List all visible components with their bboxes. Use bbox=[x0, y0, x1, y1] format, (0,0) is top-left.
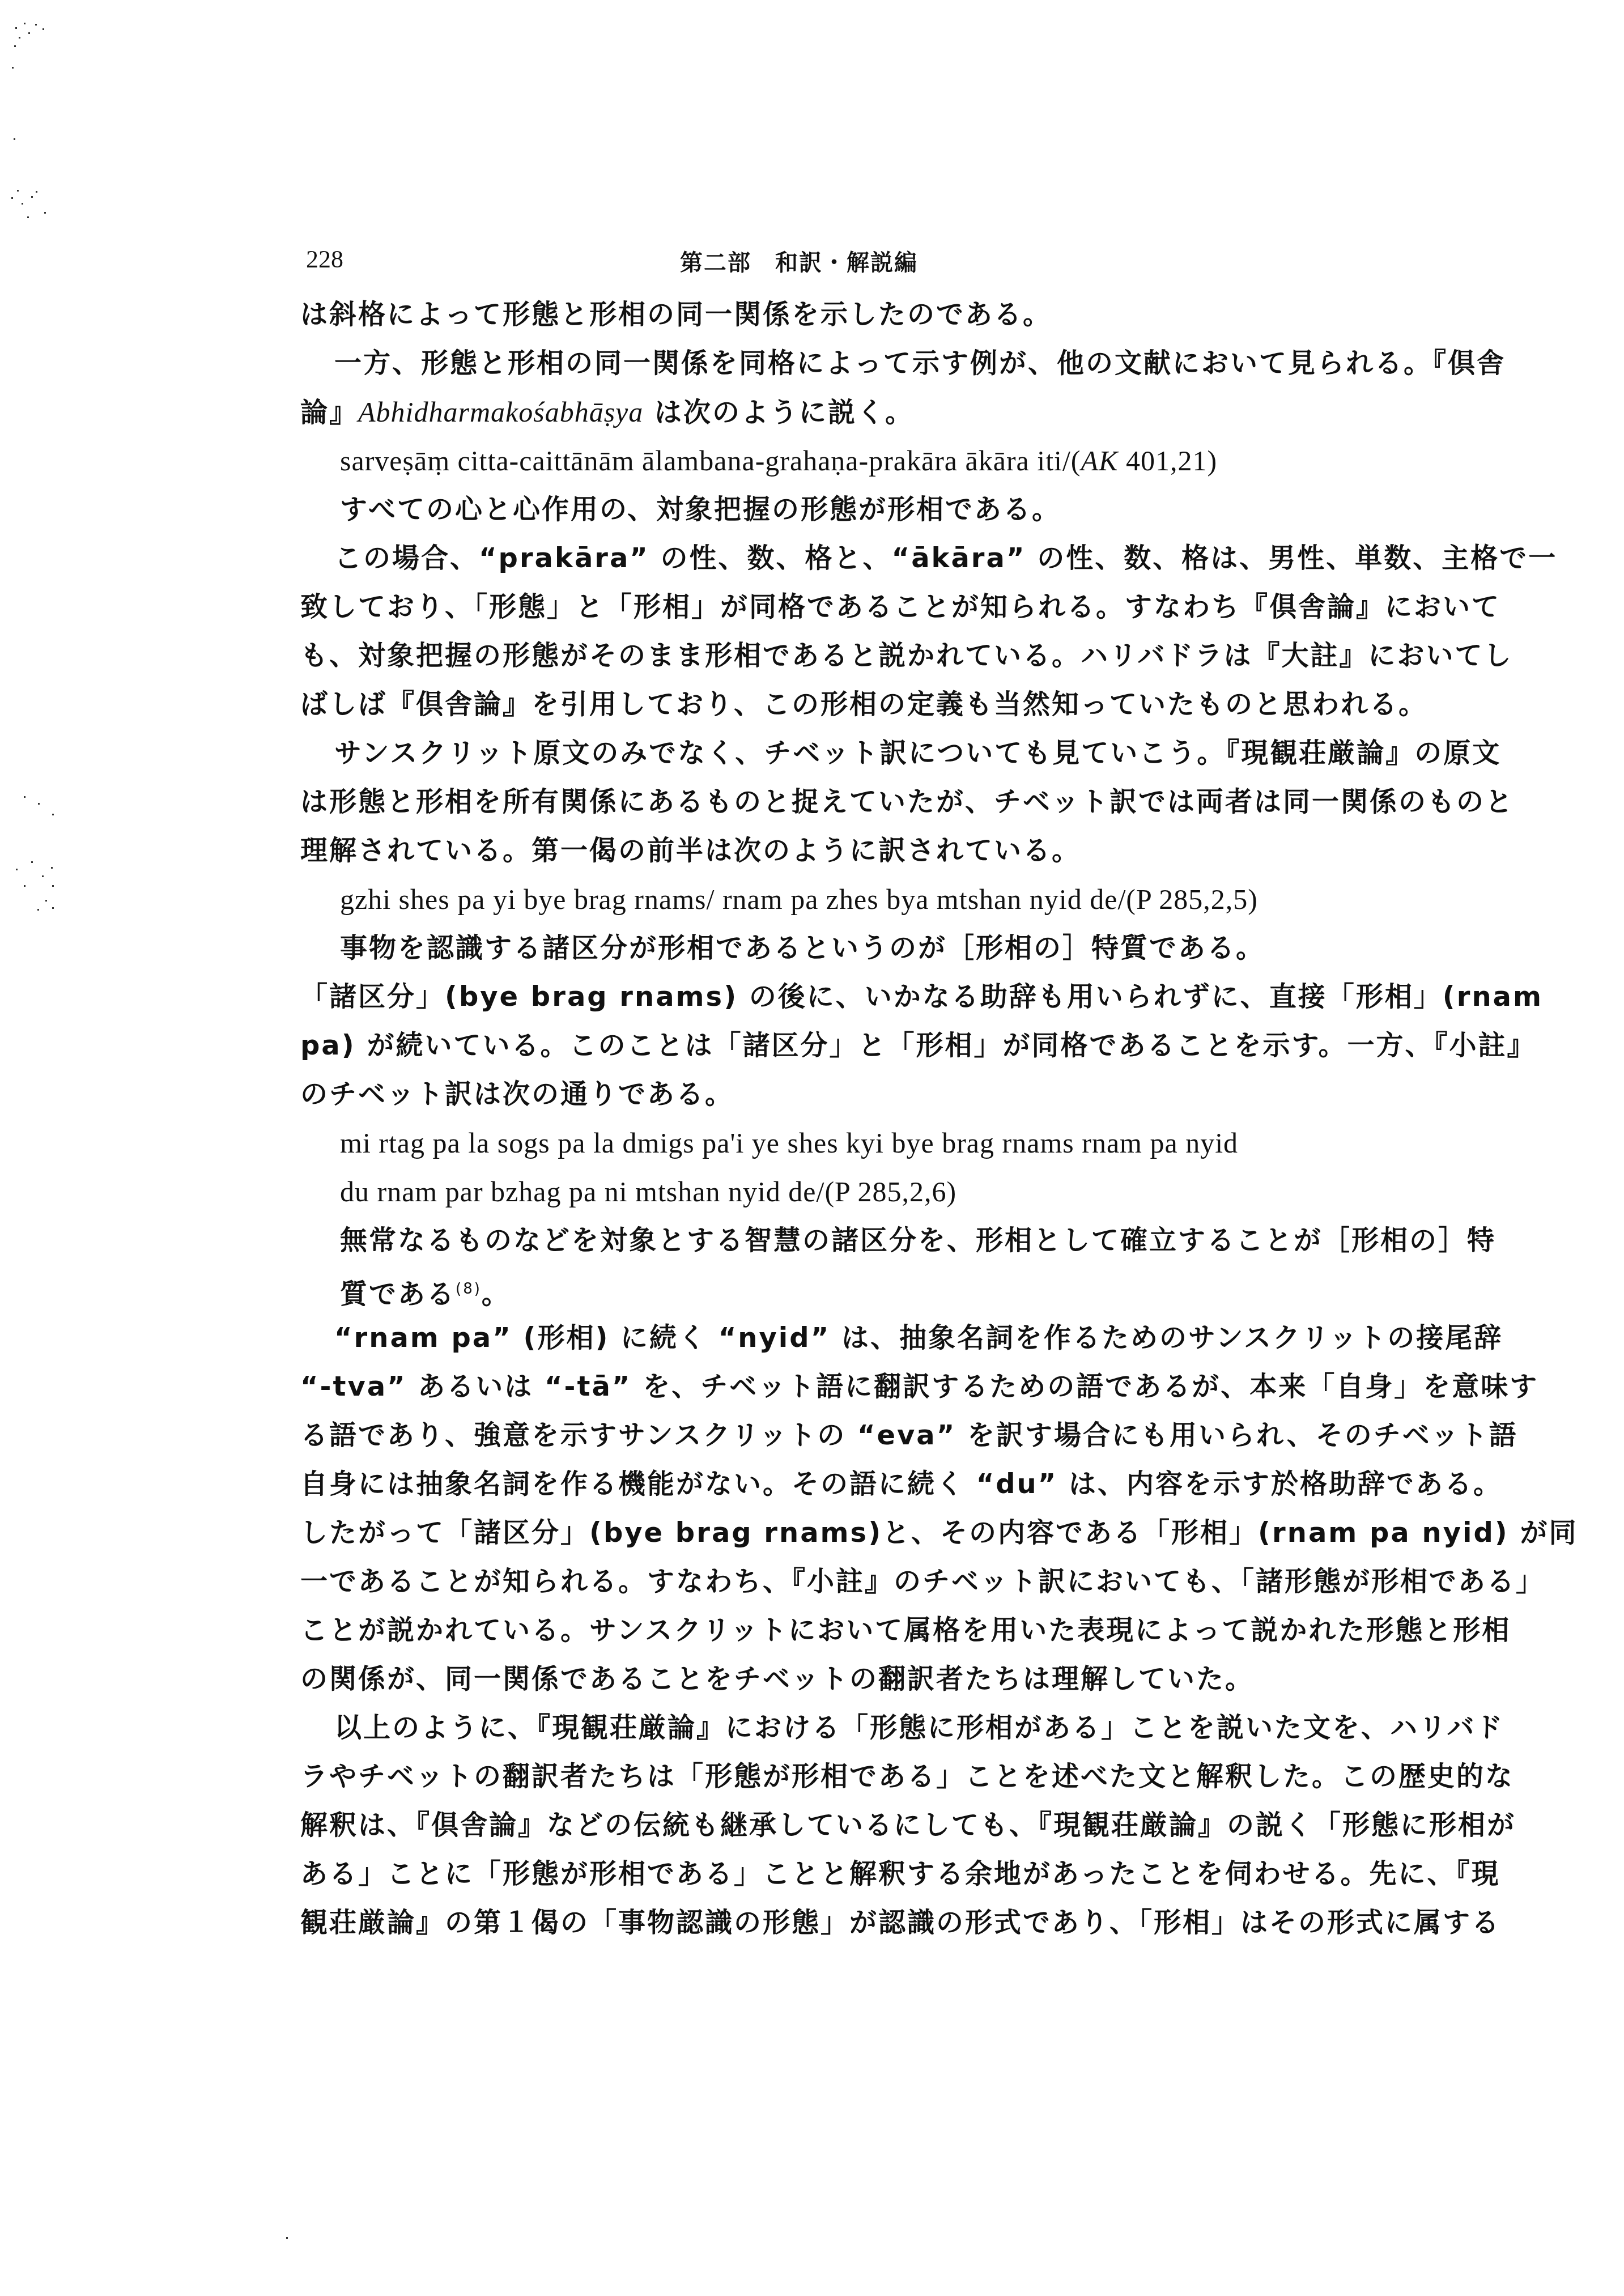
scan-speck bbox=[24, 885, 25, 887]
scan-speck bbox=[37, 909, 39, 911]
scan-speck bbox=[24, 796, 25, 798]
text-span: は斜格によって形態と形相の同一関係を示したのである。 bbox=[300, 299, 1052, 330]
text-span: 事物を認識する諸区分が形相であるというのが［形相の］特質である。 bbox=[340, 932, 1265, 964]
text-line: “-tva” あるいは “-tā” を、チベット語に翻訳するための語であるが、本… bbox=[300, 1364, 1388, 1409]
scan-speck bbox=[44, 212, 46, 214]
text-line: 観荘厳論』の第１偈の「事物認識の形態」が認識の形式であり、「形相」はその形式に属… bbox=[300, 1900, 1388, 1945]
scan-speck bbox=[51, 867, 53, 869]
text-span: ラやチベットの翻訳者たちは「形態が形相である」ことを述べた文と解釈した。この歴史… bbox=[300, 1761, 1514, 1792]
text-line: 事物を認識する諸区分が形相であるというのが［形相の］特質である。 bbox=[340, 925, 1428, 971]
scan-speck bbox=[52, 885, 54, 887]
text-line: 論』Abhidharmakośabhāṣya は次のように説く。 bbox=[300, 389, 1388, 435]
text-span: 「諸区分」(bye brag rnams) の後に、いかなる助辞も用いられずに、… bbox=[300, 981, 1543, 1013]
text-line: 致しており、「形態」と「形相」が同格であることが知られる。すなわち『倶舎論』にお… bbox=[300, 584, 1388, 630]
text-line: pa) が続いている。このことは「諸区分」と「形相」が同格であることを示す。一方… bbox=[300, 1023, 1388, 1068]
text-span: したがって「諸区分」(bye brag rnams)と、その内容である「形相」(… bbox=[300, 1517, 1578, 1549]
text-span: も、対象把握の形態がそのまま形相であると説かれている。ハリバドラは『大註』におい… bbox=[300, 640, 1513, 671]
text-span: 401,21) bbox=[1118, 445, 1217, 477]
scan-speck bbox=[38, 803, 40, 805]
scan-speck bbox=[24, 23, 25, 24]
scan-speck bbox=[19, 37, 20, 39]
text-line: の関係が、同一関係であることをチベットの翻訳者たちは理解していた。 bbox=[300, 1656, 1388, 1702]
text-span: 一方、形態と形相の同一関係を同格によって示す例が、他の文献において見られる。『倶… bbox=[334, 347, 1506, 379]
text-line: 解釈は、『倶舎論』などの伝統も継承しているにしても、『現観荘厳論』の説く「形態に… bbox=[300, 1802, 1388, 1848]
text-span: 致しており、「形態」と「形相」が同格であることが知られる。すなわち『倶舎論』にお… bbox=[300, 591, 1500, 623]
text-span: サンスクリット原文のみでなく、チベット訳についても見ていこう。『現観荘厳論』の原… bbox=[334, 737, 1501, 769]
text-line: る語であり、強意を示すサンスクリットの “eva” を訳す場合にも用いられ、その… bbox=[300, 1413, 1388, 1458]
footnote-ref: (8) bbox=[456, 1281, 482, 1298]
text-line: したがって「諸区分」(bye brag rnams)と、その内容である「形相」(… bbox=[300, 1510, 1388, 1555]
text-span: 一であることが知られる。すなわち、『小註』のチベット訳においても、「諸形態が形相… bbox=[300, 1566, 1545, 1597]
text-line: 「諸区分」(bye brag rnams) の後に、いかなる助辞も用いられずに、… bbox=[300, 974, 1388, 1019]
text-span: “-tva” あるいは “-tā” を、チベット語に翻訳するための語であるが、本… bbox=[300, 1371, 1538, 1402]
text-span: 。 bbox=[482, 1278, 511, 1310]
text-line: ラやチベットの翻訳者たちは「形態が形相である」ことを述べた文と解釈した。この歴史… bbox=[300, 1754, 1388, 1799]
text-line: 一であることが知られる。すなわち、『小註』のチベット訳においても、「諸形態が形相… bbox=[300, 1559, 1388, 1604]
text-span: 解釈は、『倶舎論』などの伝統も継承しているにしても、『現観荘厳論』の説く「形態に… bbox=[300, 1809, 1516, 1841]
page-number: 228 bbox=[306, 245, 343, 274]
text-line: gzhi shes pa yi bye brag rnams/ rnam pa … bbox=[340, 877, 1428, 922]
scan-speck bbox=[15, 27, 17, 29]
scan-speck bbox=[36, 191, 37, 193]
text-span: ことが説かれている。サンスクリットにおいて属格を用いた表現によって説かれた形態と… bbox=[300, 1614, 1511, 1646]
scan-speck bbox=[42, 875, 44, 877]
text-line: 理解されている。第一偈の前半は次のように訳されている。 bbox=[300, 828, 1388, 873]
text-span: 無常なるものなどを対象とする智慧の諸区分を、形相として確立することが［形相の］特 bbox=[340, 1224, 1496, 1256]
text-span: ばしば『倶舎論』を引用しており、この形相の定義も当然知っていたものと思われる。 bbox=[300, 688, 1427, 720]
scan-speck bbox=[12, 67, 14, 69]
text-span: の関係が、同一関係であることをチベットの翻訳者たちは理解していた。 bbox=[300, 1663, 1254, 1695]
text-span: ある」ことに「形態が形相である」ことと解釈する余地があったことを伺わせる。先に、… bbox=[300, 1858, 1500, 1890]
scan-speck bbox=[52, 907, 54, 909]
text-span: 論』 bbox=[300, 397, 358, 428]
text-span: mi rtag pa la sogs pa la dmigs pa'i ye s… bbox=[340, 1127, 1238, 1159]
scan-speck bbox=[45, 900, 47, 902]
text-line: この場合、“prakāra” の性、数、格と、“ākāra” の性、数、格は、男… bbox=[334, 535, 1422, 581]
text-line: 一方、形態と形相の同一関係を同格によって示す例が、他の文献において見られる。『倶… bbox=[334, 341, 1422, 386]
text-line: ばしば『倶舎論』を引用しており、この形相の定義も当然知っていたものと思われる。 bbox=[300, 682, 1388, 727]
text-line: “rnam pa” (形相) に続く “nyid” は、抽象名詞を作るためのサン… bbox=[334, 1315, 1422, 1360]
text-span: すべての心と心作用の、対象把握の形態が形相である。 bbox=[340, 494, 1061, 525]
scan-speck bbox=[22, 203, 23, 205]
scan-speck bbox=[35, 24, 37, 25]
scan-speck bbox=[14, 138, 15, 140]
text-line: 以上のように、『現観荘厳論』における「形態に形相がある」ことを説いた文を、ハリバ… bbox=[334, 1705, 1422, 1750]
scan-speck bbox=[14, 45, 16, 47]
text-line: sarveṣāṃ citta-caittānām ālambana-grahaṇ… bbox=[340, 438, 1428, 483]
text-line: du rnam par bzhag pa ni mtshan nyid de/(… bbox=[340, 1169, 1428, 1214]
text-span: この場合、“prakāra” の性、数、格と、“ākāra” の性、数、格は、男… bbox=[334, 542, 1557, 574]
text-line: は形態と形相を所有関係にあるものと捉えていたが、チベット訳では両者は同一関係のも… bbox=[300, 779, 1388, 824]
text-line: 無常なるものなどを対象とする智慧の諸区分を、形相として確立することが［形相の］特 bbox=[340, 1218, 1428, 1263]
scan-speck bbox=[11, 197, 13, 199]
text-span: sarveṣāṃ citta-caittānām ālambana-grahaṇ… bbox=[340, 445, 1081, 477]
page-header: 228 第二部 和訳・解説編 bbox=[306, 245, 1383, 279]
text-span: pa) が続いている。このことは「諸区分」と「形相」が同格であることを示す。一方… bbox=[300, 1030, 1536, 1061]
text-span: 観荘厳論』の第１偈の「事物認識の形態」が認識の形式であり、「形相」はその形式に属… bbox=[300, 1907, 1500, 1938]
text-span: 質である bbox=[340, 1278, 456, 1310]
text-span: gzhi shes pa yi bye brag rnams/ rnam pa … bbox=[340, 883, 1258, 915]
text-line: も、対象把握の形態がそのまま形相であると説かれている。ハリバドラは『大註』におい… bbox=[300, 633, 1388, 678]
text-span: 理解されている。第一偈の前半は次のように訳されている。 bbox=[300, 835, 1081, 866]
scan-speck bbox=[17, 190, 19, 192]
text-span: 以上のように、『現観荘厳論』における「形態に形相がある」ことを説いた文を、ハリバ… bbox=[334, 1712, 1504, 1744]
text-line: 質である(8)。 bbox=[340, 1266, 1428, 1312]
text-span: AK bbox=[1081, 445, 1118, 477]
scan-speck bbox=[27, 216, 29, 218]
text-line: ある」ことに「形態が形相である」ことと解釈する余地があったことを伺わせる。先に、… bbox=[300, 1851, 1388, 1897]
book-page: 228 第二部 和訳・解説編 は斜格によって形態と形相の同一関係を示したのである… bbox=[0, 0, 1624, 2296]
text-span: 自身には抽象名詞を作る機能がない。その語に続く “du” は、内容を示す於格助辞… bbox=[300, 1468, 1502, 1500]
text-span: は次のように説く。 bbox=[643, 397, 914, 428]
text-span: “rnam pa” (形相) に続く “nyid” は、抽象名詞を作るためのサン… bbox=[334, 1322, 1503, 1354]
text-span: は形態と形相を所有関係にあるものと捉えていたが、チベット訳では両者は同一関係のも… bbox=[300, 786, 1514, 818]
text-line: ことが説かれている。サンスクリットにおいて属格を用いた表現によって説かれた形態と… bbox=[300, 1608, 1388, 1653]
scan-speck bbox=[42, 28, 44, 30]
text-line: は斜格によって形態と形相の同一関係を示したのである。 bbox=[300, 292, 1388, 337]
text-line: のチベット訳は次の通りである。 bbox=[300, 1072, 1388, 1117]
scan-speck bbox=[31, 861, 33, 863]
text-span: のチベット訳は次の通りである。 bbox=[300, 1078, 734, 1110]
text-line: mi rtag pa la sogs pa la dmigs pa'i ye s… bbox=[340, 1120, 1428, 1166]
running-head: 第二部 和訳・解説編 bbox=[680, 245, 918, 277]
scan-speck bbox=[52, 814, 54, 815]
scan-speck bbox=[28, 32, 30, 34]
scan-speck bbox=[16, 869, 18, 870]
text-line: すべての心と心作用の、対象把握の形態が形相である。 bbox=[340, 487, 1428, 532]
text-span: Abhidharmakośabhāṣya bbox=[358, 396, 643, 428]
scan-speck bbox=[286, 2237, 288, 2239]
text-line: サンスクリット原文のみでなく、チベット訳についても見ていこう。『現観荘厳論』の原… bbox=[334, 730, 1422, 776]
scan-speck bbox=[31, 196, 33, 198]
text-span: du rnam par bzhag pa ni mtshan nyid de/(… bbox=[340, 1176, 956, 1207]
text-span: る語であり、強意を示すサンスクリットの “eva” を訳す場合にも用いられ、その… bbox=[300, 1419, 1518, 1451]
text-line: 自身には抽象名詞を作る機能がない。その語に続く “du” は、内容を示す於格助辞… bbox=[300, 1461, 1388, 1507]
